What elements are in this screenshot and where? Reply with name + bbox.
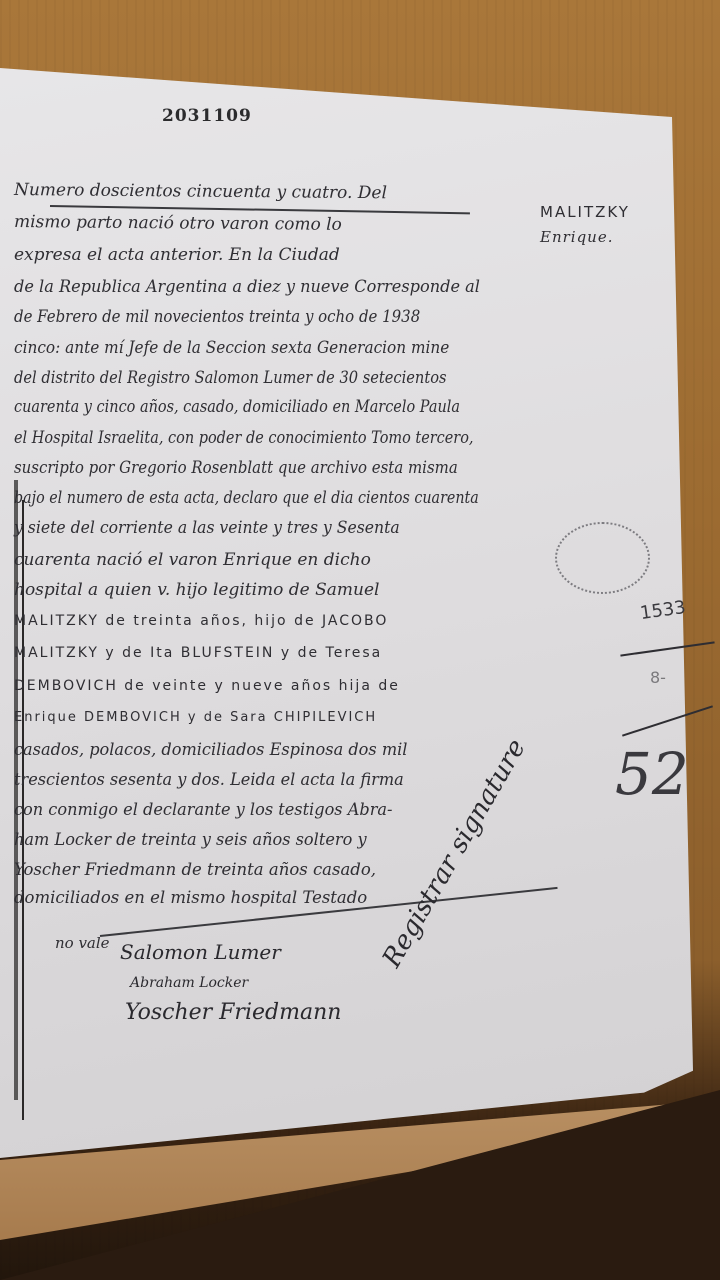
body-line-16: MALITZKY y de Ita BLUFSTEIN y de Teresa: [14, 645, 382, 661]
body-line-14: hospital a quien v. hijo legitimo de Sam…: [14, 580, 379, 600]
body-line-4: de la Republica Argentina a diez y nueve…: [14, 277, 480, 297]
body-line-19: casados, polacos, domiciliados Espinosa …: [14, 740, 407, 760]
body-line-1: Numero doscientos cincuenta y cuatro. De…: [14, 180, 387, 203]
body-line-21: con conmigo el declarante y los testigos…: [14, 800, 393, 820]
body-line-18: Enrique DEMBOVICH y de Sara CHIPILEVICH: [14, 710, 377, 725]
signature-salomon-lumer: Salomon Lumer: [120, 940, 281, 964]
annotation-middle: 8-: [650, 668, 666, 687]
body-line-2: mismo parto nació otro varon como lo: [14, 212, 342, 235]
body-line-10: suscripto por Gregorio Rosenblatt que ar…: [14, 458, 458, 478]
margin-surname: MALITZKY: [540, 203, 630, 221]
body-line-8: cuarenta y cinco años, casado, domicilia…: [14, 397, 460, 417]
body-line-5: de Febrero de mil novecientos treinta y …: [14, 307, 420, 327]
record-number: 2031109: [162, 106, 252, 126]
body-line-3: expresa el acta anterior. En la Ciudad: [14, 245, 340, 265]
body-line-11: bajo el numero de esta acta, declaro que…: [14, 488, 479, 508]
margin-given-name: Enrique.: [540, 228, 614, 246]
official-stamp: [555, 522, 650, 594]
body-line-15: MALITZKY de treinta años, hijo de JACOBO: [14, 613, 388, 629]
body-line-22: ham Locker de treinta y seis años solter…: [14, 830, 367, 850]
body-line-20: trescientos sesenta y dos. Leida el acta…: [14, 770, 404, 790]
body-line-23: Yoscher Friedmann de treinta años casado…: [14, 860, 376, 880]
body-line-6: cinco: ante mí Jefe de la Seccion sexta …: [14, 338, 449, 358]
body-line-24: domiciliados en el mismo hospital Testad…: [14, 888, 367, 908]
body-line-9: el Hospital Israelita, con poder de cono…: [14, 428, 474, 448]
paper-left-border: [14, 480, 18, 1100]
body-line-12: y siete del corriente a las veinte y tre…: [14, 518, 400, 538]
body-line-17: DEMBOVICH de veinte y nueve años hija de: [14, 678, 400, 694]
body-line-7: del distrito del Registro Salomon Lumer …: [14, 368, 446, 388]
annotation-large-number: 52: [615, 740, 689, 808]
signature-friedmann: Yoscher Friedmann: [125, 1000, 341, 1025]
signature-abraham-locker: Abraham Locker: [130, 975, 248, 991]
body-line-13: cuarenta nació el varon Enrique en dicho: [14, 550, 371, 570]
